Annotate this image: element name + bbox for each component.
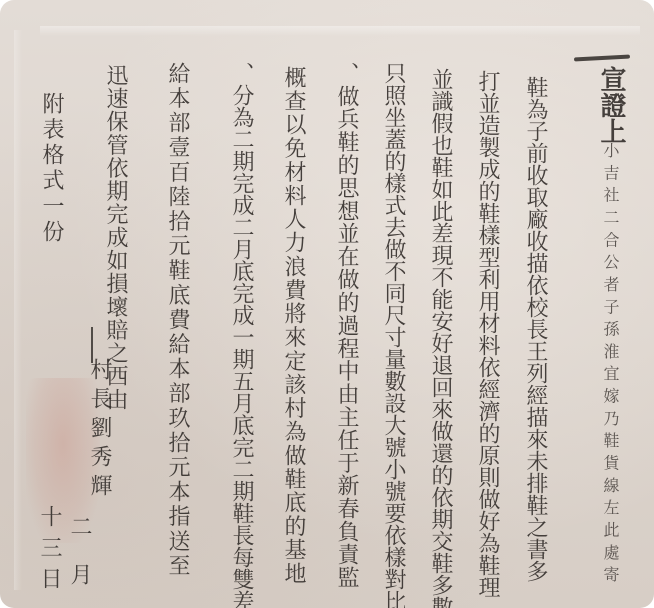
body-column: 打並造製成的鞋樣型利用材料依經濟的原則做好為鞋理 (468, 70, 498, 582)
body-column: 並識假也鞋如此差現不能安好退回來做還的依期交鞋多數大小 (421, 68, 451, 584)
body-column: 只照坐蓋的樣式去做不同尺寸量數設大號小號要依樣對比 (374, 62, 404, 582)
date-month: 二月 (60, 515, 90, 585)
date-day: 十三日 (30, 505, 60, 589)
document-heading-subline: 小吉社二合公者子孫淮宜嫁乃鞋貨線左此處寄 (594, 142, 618, 582)
paper-crease (40, 26, 640, 36)
document-paper: 宣證上 小吉社二合公者子孫淮宜嫁乃鞋貨線左此處寄 鞋為子前收取廠收描依校長王列經… (0, 0, 654, 608)
signature-name: 村長劉秀輝 (80, 358, 110, 496)
paper-crease (14, 30, 22, 590)
body-column: 概查以免材料人力浪費將來定該村為做鞋底的基地 (274, 66, 304, 584)
attachment-note: 附表格式一份 (32, 92, 62, 242)
heading-stroke (574, 55, 630, 62)
body-column: 、分為二期完成二月底完成一期五月底完二期鞋長每雙差 (222, 62, 252, 582)
document-heading: 宣證上 (584, 66, 624, 138)
body-column: 鞋為子前收取廠收描依校長王列經描來未排鞋之書多 (516, 76, 546, 581)
body-column: 、做兵鞋的思想並在做的過程中由主任于新春負責監 (327, 62, 357, 588)
body-column: 給本部壹百陸拾元鞋底費給本部玖拾元本指送至 (158, 62, 188, 576)
